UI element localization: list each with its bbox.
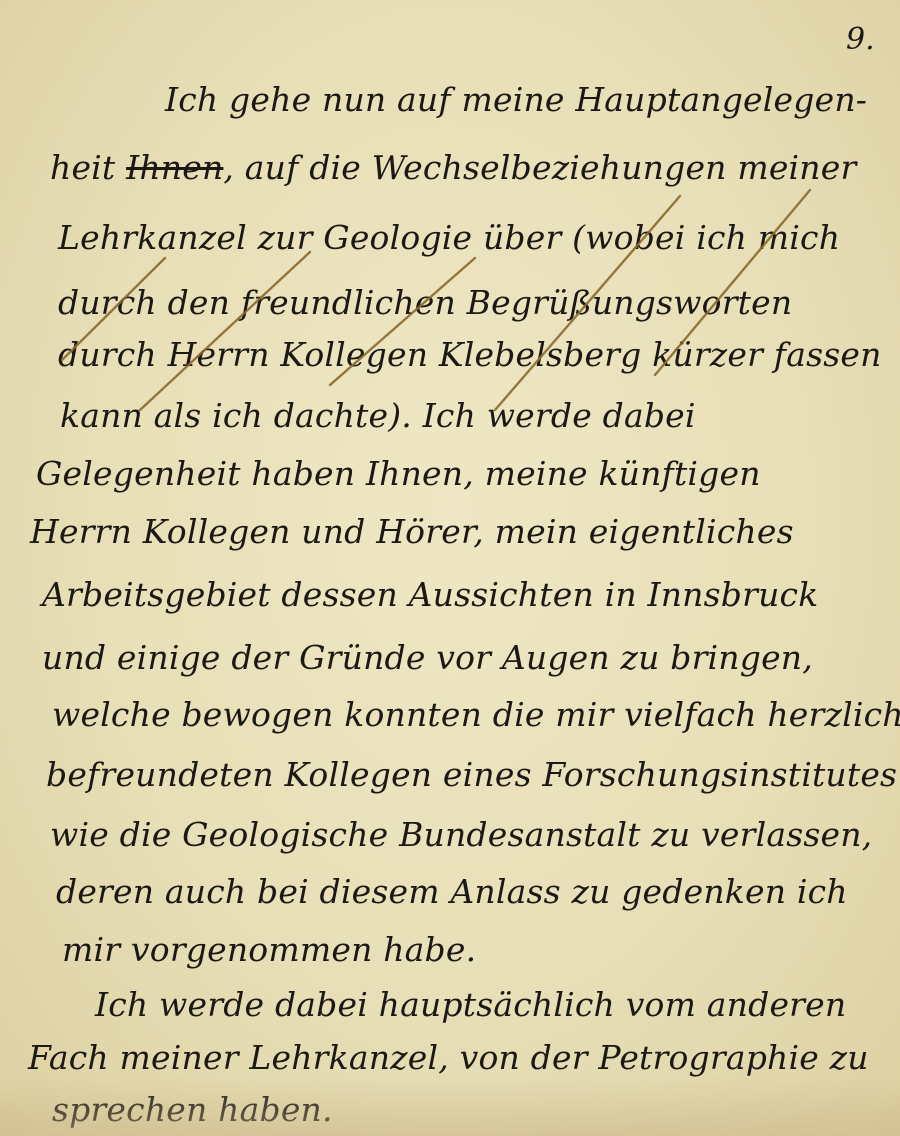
text-line-14: deren auch bei diesem Anlass zu gedenken…: [56, 872, 848, 912]
text-line-3: Lehrkanzel zur Geologie über (wobei ich …: [58, 218, 840, 258]
text-line-1: Ich gehe nun auf meine Hauptangelegen-: [165, 80, 867, 120]
text-line-2-after: , auf die Wechselbeziehungen meiner: [223, 148, 856, 187]
text-line-7: Gelegenheit haben Ihnen, meine künftigen: [36, 454, 761, 494]
manuscript-page: 9. Ich gehe nun auf meine Hauptangelegen…: [0, 0, 900, 1136]
text-line-4: durch den freundlichen Begrüßungsworten: [58, 283, 792, 323]
strike-line-2: [140, 252, 310, 410]
text-line-16: Ich werde dabei hauptsächlich vom andere…: [95, 985, 846, 1025]
text-line-2: heit Ihnen, auf die Wechselbeziehungen m…: [50, 148, 856, 188]
struck-word: Ihnen: [126, 148, 223, 187]
text-line-17: Fach meiner Lehrkanzel, von der Petrogra…: [28, 1038, 869, 1078]
text-line-6: kann als ich dachte). Ich werde dabei: [60, 396, 696, 436]
text-line-15: mir vorgenommen habe.: [62, 930, 476, 970]
text-line-2-before: heit: [50, 148, 126, 187]
text-line-10: und einige der Gründe vor Augen zu bring…: [42, 638, 813, 678]
text-line-12: befreundeten Kollegen eines Forschungsin…: [46, 755, 897, 795]
page-number: 9.: [846, 22, 875, 57]
text-line-5: durch Herrn Kollegen Klebelsberg kürzer …: [58, 335, 882, 375]
text-line-18: sprechen haben.: [52, 1090, 333, 1130]
text-line-9: Arbeitsgebiet dessen Aussichten in Innsb…: [42, 575, 818, 615]
text-line-8: Herrn Kollegen und Hörer, mein eigentlic…: [30, 512, 794, 552]
text-line-13: wie die Geologische Bundesanstalt zu ver…: [50, 815, 872, 855]
text-line-11: welche bewogen konnten die mir vielfach …: [52, 695, 900, 735]
